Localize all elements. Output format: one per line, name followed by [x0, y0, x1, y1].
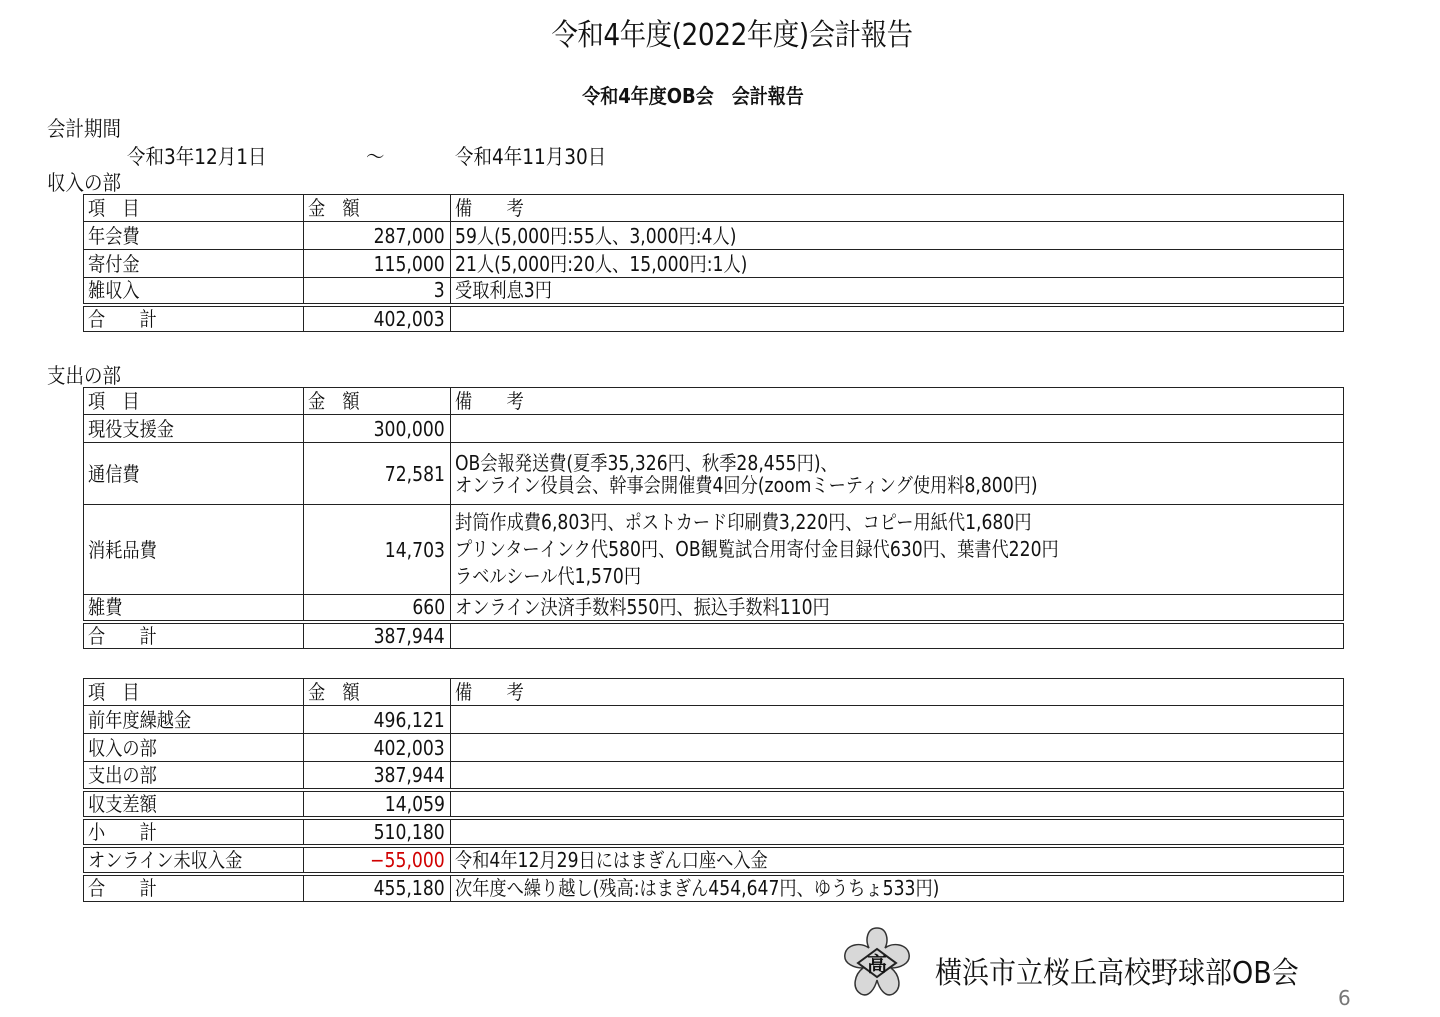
- amount-cell: 402,003: [304, 734, 451, 762]
- income-table: 項 目 金 額 備 考 年会費 287,000 59人(5,000円:55人、3…: [83, 194, 1344, 332]
- column-header-note: 備 考: [451, 679, 1344, 706]
- amount-cell: 14,059: [304, 790, 451, 818]
- item-cell: 小 計: [84, 818, 304, 846]
- item-cell: 寄付金: [84, 250, 304, 278]
- note-cell: 次年度へ繰り越し(残高:はまぎん454,647円、ゆうちょ533円): [451, 874, 1344, 902]
- amount-cell: 72,581: [304, 443, 451, 505]
- column-header-item: 項 目: [84, 679, 304, 706]
- item-cell: 通信費: [84, 443, 304, 505]
- summary-table: 項 目 金 額 備 考 前年度繰越金 496,121 収入の部 402,003 …: [83, 678, 1344, 902]
- note-cell: 受取利息3円: [451, 278, 1344, 305]
- table-row: 通信費 72,581 OB会報発送費(夏季35,326円、秋季28,455円)、…: [84, 443, 1344, 505]
- amount-cell: 496,121: [304, 706, 451, 734]
- table-row: オンライン未収入金 −55,000 令和4年12月29日にはまぎん口座へ入金: [84, 846, 1344, 874]
- item-cell: 消耗品費: [84, 505, 304, 595]
- page-number: 6: [1338, 986, 1351, 1010]
- amount-cell: 287,000: [304, 222, 451, 250]
- note-cell: [451, 415, 1344, 443]
- period-label: 会計期間: [47, 113, 121, 143]
- school-emblem-icon: 高: [838, 925, 916, 997]
- table-row: 雑費 660 オンライン決済手数料550円、振込手数料110円: [84, 595, 1344, 622]
- amount-cell: 387,944: [304, 762, 451, 790]
- note-cell: 21人(5,000円:20人、15,000円:1人): [451, 250, 1344, 278]
- expense-table: 項 目 金 額 備 考 現役支援金 300,000 通信費 72,581 OB会…: [83, 387, 1344, 649]
- item-cell: 収入の部: [84, 734, 304, 762]
- item-cell: 収支差額: [84, 790, 304, 818]
- amount-cell: 300,000: [304, 415, 451, 443]
- total-row: 合 計 387,944: [84, 622, 1344, 649]
- note-cell: 封筒作成費6,803円、ポストカード印刷費3,220円、コピー用紙代1,680円…: [451, 505, 1344, 595]
- amount-cell: 387,944: [304, 622, 451, 649]
- note-cell: オンライン決済手数料550円、振込手数料110円: [451, 595, 1344, 622]
- column-header-amount: 金 額: [304, 679, 451, 706]
- column-header-note: 備 考: [451, 388, 1344, 415]
- page-title: 令和4年度(2022年度)会計報告: [88, 10, 1376, 54]
- item-cell: 雑収入: [84, 278, 304, 305]
- item-cell: 支出の部: [84, 762, 304, 790]
- note-cell: [451, 762, 1344, 790]
- table-row: 前年度繰越金 496,121: [84, 706, 1344, 734]
- amount-cell: 115,000: [304, 250, 451, 278]
- amount-cell: 455,180: [304, 874, 451, 902]
- item-cell: 合 計: [84, 305, 304, 332]
- note-cell: [451, 305, 1344, 332]
- subtotal-row: 小 計 510,180: [84, 818, 1344, 846]
- note-cell: [451, 818, 1344, 846]
- table-row: 現役支援金 300,000: [84, 415, 1344, 443]
- column-header-item: 項 目: [84, 195, 304, 222]
- note-cell: 令和4年12月29日にはまぎん口座へ入金: [451, 846, 1344, 874]
- period-start: 令和3年12月1日: [127, 141, 266, 171]
- table-header-row: 項 目 金 額 備 考: [84, 195, 1344, 222]
- note-cell: 59人(5,000円:55人、3,000円:4人): [451, 222, 1344, 250]
- table-row: 収支差額 14,059: [84, 790, 1344, 818]
- column-header-item: 項 目: [84, 388, 304, 415]
- note-cell: [451, 734, 1344, 762]
- amount-cell: 402,003: [304, 305, 451, 332]
- note-cell: [451, 622, 1344, 649]
- svg-text:高: 高: [867, 952, 887, 976]
- amount-cell: 660: [304, 595, 451, 622]
- amount-cell: 14,703: [304, 505, 451, 595]
- note-cell: [451, 706, 1344, 734]
- table-row: 支出の部 387,944: [84, 762, 1344, 790]
- report-subtitle: 令和4年度OB会 会計報告: [69, 80, 1316, 109]
- item-cell: 合 計: [84, 874, 304, 902]
- table-header-row: 項 目 金 額 備 考: [84, 388, 1344, 415]
- table-row: 消耗品費 14,703 封筒作成費6,803円、ポストカード印刷費3,220円、…: [84, 505, 1344, 595]
- table-row: 収入の部 402,003: [84, 734, 1344, 762]
- table-row: 年会費 287,000 59人(5,000円:55人、3,000円:4人): [84, 222, 1344, 250]
- column-header-amount: 金 額: [304, 195, 451, 222]
- period-end: 令和4年11月30日: [455, 141, 606, 171]
- item-cell: 年会費: [84, 222, 304, 250]
- item-cell: 雑費: [84, 595, 304, 622]
- amount-cell: 510,180: [304, 818, 451, 846]
- total-row: 合 計 455,180 次年度へ繰り越し(残高:はまぎん454,647円、ゆうち…: [84, 874, 1344, 902]
- negative-amount-cell: −55,000: [304, 846, 451, 874]
- table-header-row: 項 目 金 額 備 考: [84, 679, 1344, 706]
- item-cell: 前年度繰越金: [84, 706, 304, 734]
- period-separator: ～: [366, 141, 384, 171]
- item-cell: 現役支援金: [84, 415, 304, 443]
- total-row: 合 計 402,003: [84, 305, 1344, 332]
- amount-cell: 3: [304, 278, 451, 305]
- item-cell: 合 計: [84, 622, 304, 649]
- income-section-label: 収入の部: [47, 167, 121, 197]
- column-header-note: 備 考: [451, 195, 1344, 222]
- table-row: 寄付金 115,000 21人(5,000円:20人、15,000円:1人): [84, 250, 1344, 278]
- table-row: 雑収入 3 受取利息3円: [84, 278, 1344, 305]
- note-cell: OB会報発送費(夏季35,326円、秋季28,455円)、 オンライン役員会、幹…: [451, 443, 1344, 505]
- note-cell: [451, 790, 1344, 818]
- item-cell: オンライン未収入金: [84, 846, 304, 874]
- expense-section-label: 支出の部: [47, 360, 121, 390]
- organization-name: 横浜市立桜丘高校野球部OB会: [935, 948, 1299, 992]
- column-header-amount: 金 額: [304, 388, 451, 415]
